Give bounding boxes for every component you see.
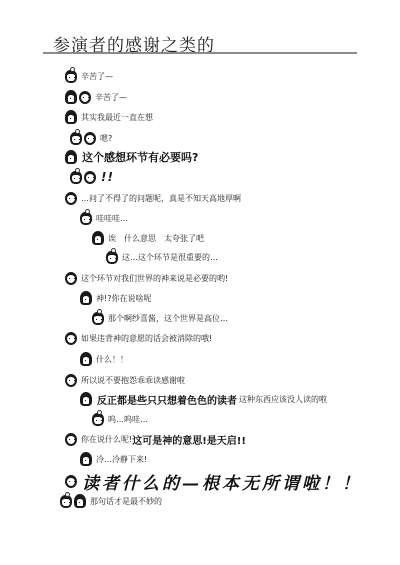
character-icon [92, 231, 104, 245]
character-icon [65, 332, 77, 345]
dialogue-line: 什么！！ [80, 350, 128, 368]
dialogue-line: 这…这个环节是很重要的… [106, 248, 218, 266]
dialogue-text: 诶 什么意思 太夸张了吧 [108, 233, 204, 244]
dialogue-text: 你在说什么呢! [81, 434, 132, 445]
character-icon [70, 132, 82, 145]
character-icon [65, 374, 77, 387]
dialogue-line: 嗯? [70, 129, 112, 147]
character-icon [80, 212, 92, 225]
character-icon [65, 90, 77, 104]
dialogue-text: 冷…冷静下来! [96, 454, 147, 465]
dialogue-text: 这…这个环节是很重要的… [122, 252, 218, 263]
character-icon [65, 433, 77, 446]
dialogue-text: 如果违背神的意愿的话会被消除的哦! [81, 333, 212, 344]
dialogue-line: !! [70, 168, 114, 186]
character-icon [80, 291, 92, 305]
dialogue-line: 诶 什么意思 太夸张了吧 [92, 229, 204, 247]
dialogue-text: 这个环节对我们世界的神来说是必要的哟! [81, 273, 228, 284]
dialogue-text: 这种东西应该没人读的啦 [239, 394, 327, 405]
dialogue-line: 神!?你在说啥呢 [80, 289, 151, 307]
character-icon [80, 392, 92, 406]
character-icon [92, 312, 104, 325]
dialogue-text: 其实我最近一直在想 [81, 112, 153, 123]
dialogue-line: 辛苦了— [65, 67, 113, 85]
dialogue-line: 你在说什么呢! 这可是神的意思!是天启!! [65, 430, 246, 448]
dialogue-line: …问了不得了的问题呢，真是不知天高地厚啊 [65, 189, 241, 207]
dialogue-text: …问了不得了的问题呢，真是不知天高地厚啊 [81, 193, 241, 204]
character-icon [74, 494, 86, 508]
dialogue-line: 辛苦了— [65, 88, 127, 106]
dialogue-text: 读者什么的—根本无所谓啦！！ [82, 469, 362, 494]
character-icon [84, 171, 96, 184]
dialogue-line: 反正都是些只只想着色色的读者 这种东西应该没人读的啦 [80, 390, 327, 408]
dialogue-text: 辛苦了— [95, 92, 127, 103]
character-icon [80, 452, 92, 466]
character-icon [65, 272, 77, 285]
character-icon [84, 132, 96, 145]
dialogue-text: 辛苦了— [81, 71, 113, 82]
dialogue-text: 那句话才是最不妙的 [90, 496, 162, 507]
character-icon [92, 413, 104, 426]
dialogue-line: 哇哇哇… [80, 209, 128, 227]
character-icon [65, 110, 77, 124]
character-icon [80, 352, 92, 366]
dialogue-line: 那句话才是最不妙的 [60, 492, 162, 510]
dialogue-text: 哇哇哇… [96, 213, 128, 224]
dialogue-line: 如果违背神的意愿的话会被消除的哦! [65, 329, 212, 347]
dialogue-text-bold: 反正都是些只只想着色色的读者 [97, 392, 237, 407]
character-icon [65, 150, 77, 164]
dialogue-line: 这个环节对我们世界的神来说是必要的哟! [65, 269, 228, 287]
character-icon [70, 171, 82, 184]
dialogue-text: 呜…呜哇… [108, 414, 148, 425]
dialogue-text: 所以说不要抱怨乖乖读感谢啦 [81, 375, 185, 386]
dialogue-line: 读者什么的—根本无所谓啦！！ [65, 470, 362, 492]
dialogue-line: 冷…冷静下来! [80, 450, 147, 468]
dialogue-text: !! [101, 170, 114, 184]
dialogue-text-bold: 这可是神的意思!是天启!! [132, 432, 246, 447]
character-icon [106, 251, 118, 264]
dialogue-text: 这个感想环节有必要吗? [82, 149, 198, 165]
character-icon [65, 192, 77, 205]
title-underline [43, 52, 357, 54]
dialogue-line: 其实我最近一直在想 [65, 108, 153, 126]
dialogue-line: 那个啊纱喜酱，这个世界是高位… [92, 309, 228, 327]
character-icon [60, 495, 72, 508]
dialogue-line: 这个感想环节有必要吗? [65, 148, 198, 166]
dialogue-line: 所以说不要抱怨乖乖读感谢啦 [65, 371, 185, 389]
dialogue-text: 神!?你在说啥呢 [96, 293, 151, 304]
character-icon [79, 91, 91, 104]
dialogue-text: 嗯? [100, 133, 112, 144]
dialogue-text: 那个啊纱喜酱，这个世界是高位… [108, 313, 228, 324]
dialogue-line: 呜…呜哇… [92, 410, 148, 428]
character-icon [65, 475, 77, 488]
character-icon [65, 70, 77, 83]
dialogue-text: 什么！！ [96, 354, 128, 365]
